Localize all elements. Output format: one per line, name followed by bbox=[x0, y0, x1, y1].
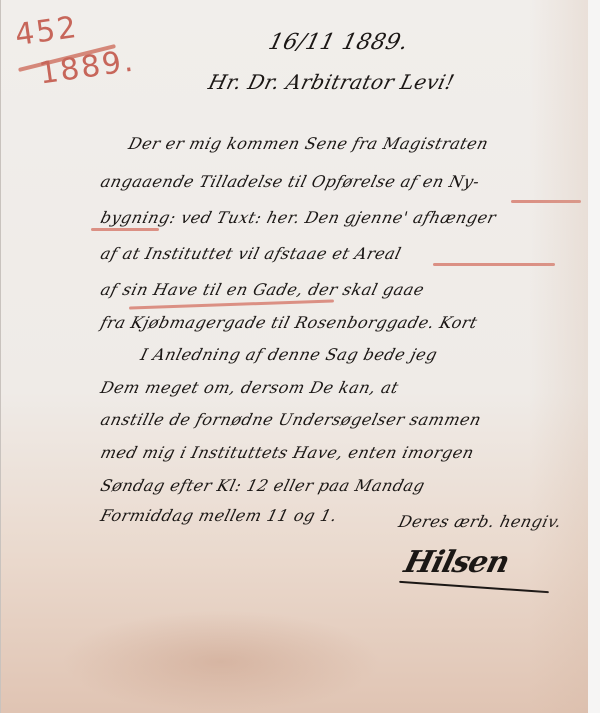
body-line-11: Søndag efter Kl: 12 eller paa Mandag bbox=[99, 476, 427, 495]
paper-stain bbox=[61, 610, 381, 713]
signature: Hilsen bbox=[401, 545, 513, 580]
body-line-2: angaaende Tilladelse til Opførelse af en… bbox=[99, 172, 482, 191]
letter-page: 452 1889. 16/11 1889. Hr. Dr. Arbitrator… bbox=[0, 0, 589, 713]
archive-year: 1889. bbox=[37, 43, 137, 91]
archive-number: 452 bbox=[13, 10, 81, 53]
red-underline-nybygning bbox=[511, 200, 581, 203]
red-underline-nybygning-cont bbox=[91, 228, 159, 231]
salutation: Hr. Dr. Arbitrator Levi! bbox=[206, 70, 457, 94]
background-edge bbox=[588, 0, 600, 713]
body-line-1: Der er mig kommen Sene fra Magistraten bbox=[127, 134, 491, 153]
body-line-12: Formiddag mellem 11 og 1. bbox=[99, 506, 340, 525]
body-line-7: I Anledning af denne Sag bede jeg bbox=[139, 345, 440, 364]
body-line-6: fra Kjøbmagergade til Rosenborggade. Kor… bbox=[99, 313, 480, 332]
closing: Deres ærb. hengiv. bbox=[397, 512, 564, 531]
red-underline-gade bbox=[129, 299, 334, 309]
body-line-4: af at Instituttet vil afstaae et Areal bbox=[99, 244, 404, 263]
body-line-8: Dem meget om, dersom De kan, at bbox=[99, 378, 401, 397]
letter-date: 16/11 1889. bbox=[266, 30, 411, 55]
signature-underline bbox=[399, 581, 549, 593]
body-line-3: bygning: ved Tuxt: her. Den gjenne' afhæ… bbox=[99, 208, 499, 227]
body-line-5: af sin Have til en Gade, der skal gaae bbox=[99, 280, 427, 299]
body-line-10: med mig i Instituttets Have, enten imorg… bbox=[99, 443, 477, 462]
body-line-9: anstille de fornødne Undersøgelser samme… bbox=[99, 410, 484, 429]
red-underline-areal bbox=[433, 263, 555, 266]
